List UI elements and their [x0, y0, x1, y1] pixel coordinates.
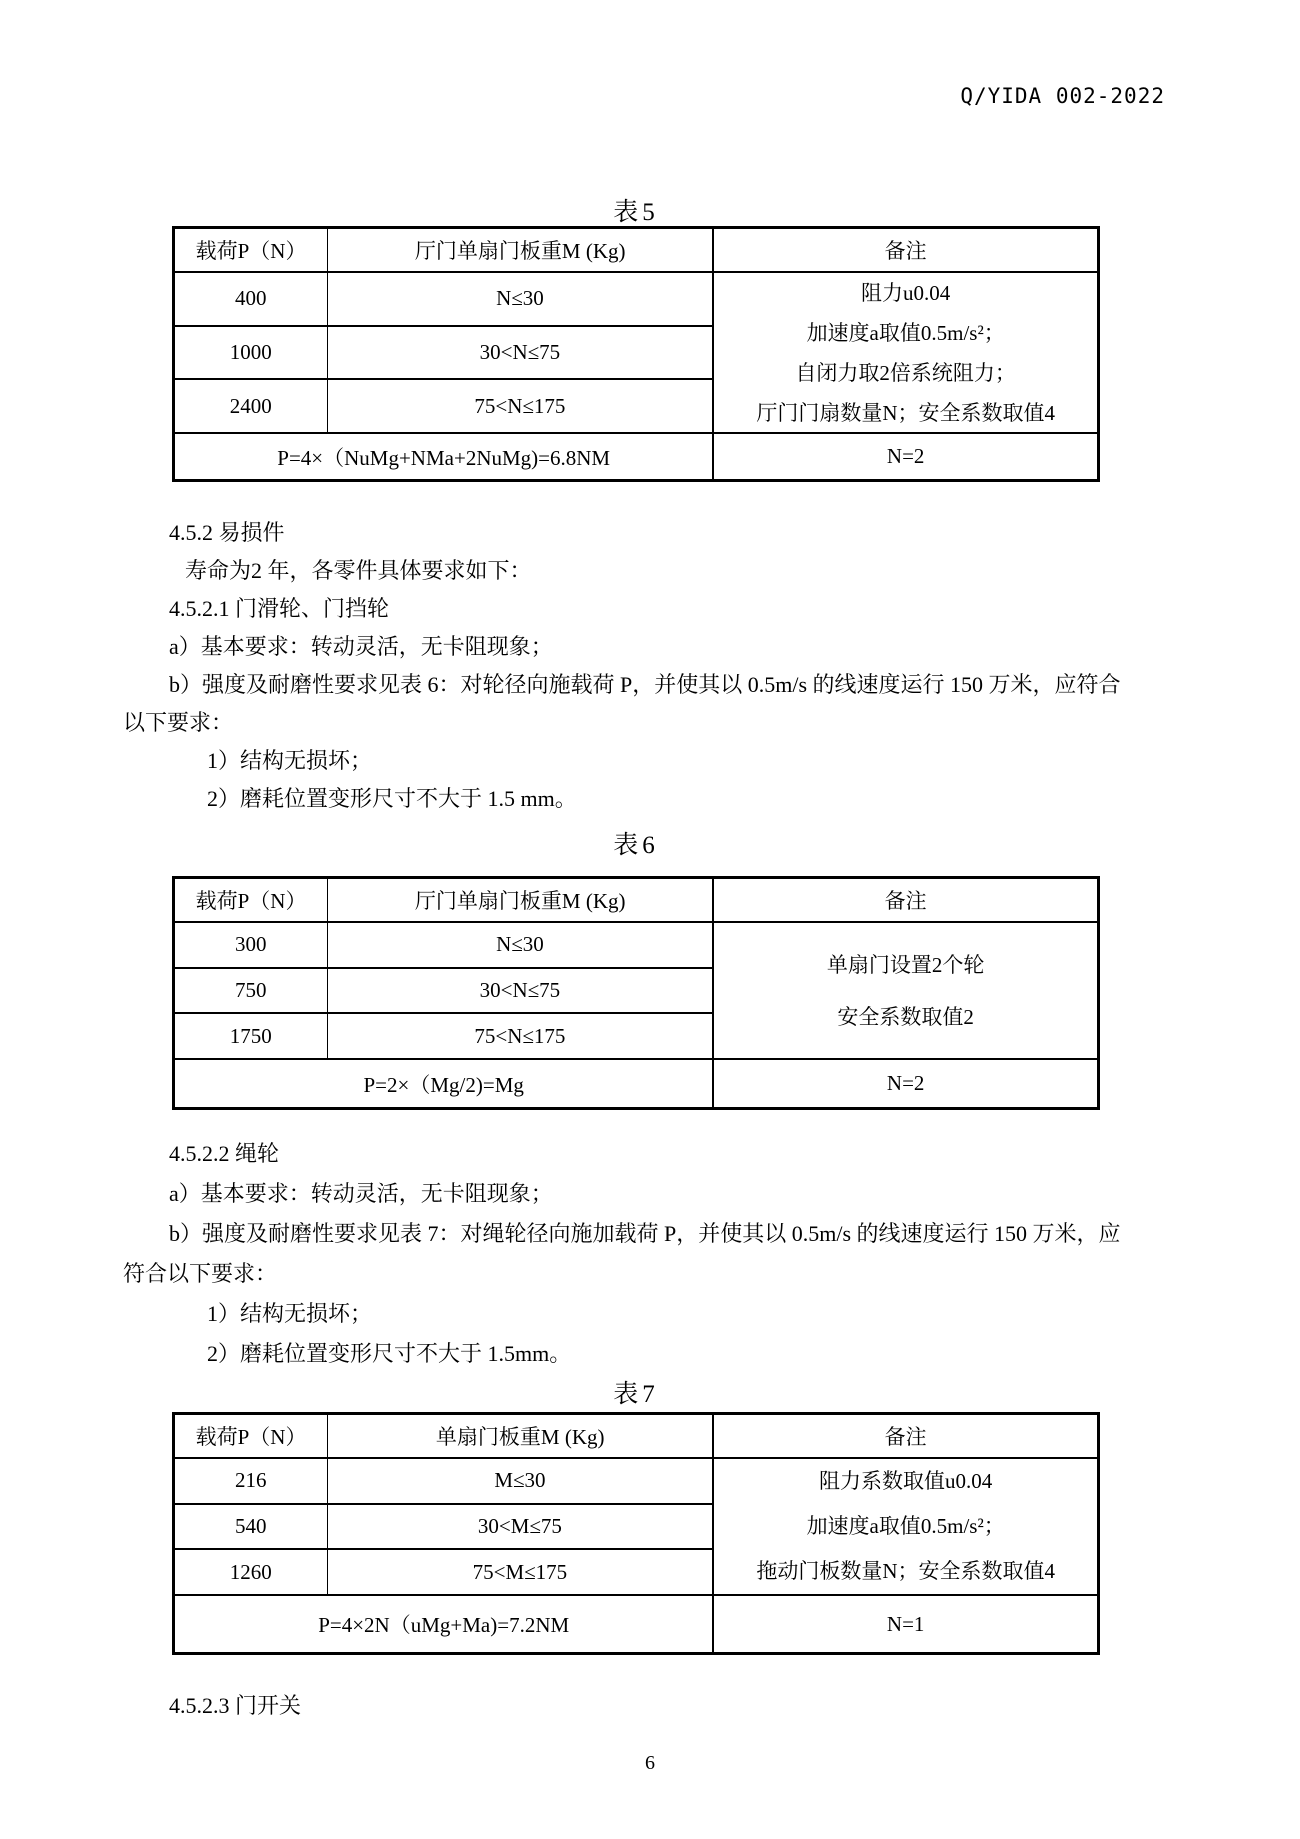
remark-line: 厅门门扇数量N；安全系数取值4: [756, 393, 1055, 433]
table7-load-1: 540: [175, 1505, 328, 1549]
table-row: 1750 75<N≤175: [175, 1012, 712, 1058]
table5-load-0: 400: [175, 273, 328, 325]
section-line-r1: 1）结构无损坏；: [123, 1294, 1200, 1334]
table6-weight-2: 75<N≤175: [328, 1014, 713, 1058]
remark-line: 拖动门板数量N；安全系数取值4: [756, 1549, 1055, 1594]
remark-line: 安全系数取值2: [837, 991, 974, 1043]
table5-remark-cell: 阻力u0.04 加速度a取值0.5m/s²； 自闭力取2倍系统阻力； 厅门门扇数…: [714, 273, 1097, 432]
table7-formula: P=4×2N（uMg+Ma)=7.2NM: [175, 1596, 714, 1652]
section-heading-4522: 4.5.2.2 绳轮: [123, 1134, 1200, 1174]
section-line-a: a）基本要求：转动灵活，无卡阻现象；: [123, 628, 1200, 666]
remark-line: 阻力系数取值u0.04: [819, 1459, 992, 1504]
table7-formula-remark: N=1: [714, 1596, 1097, 1652]
table7: 载荷P（N） 单扇门板重M (Kg) 备注 216 M≤30 540 30<M≤…: [172, 1412, 1100, 1655]
table7-col-remark: 备注: [714, 1415, 1097, 1457]
table7-formula-row: P=4×2N（uMg+Ma)=7.2NM N=1: [175, 1594, 1097, 1652]
table6: 载荷P（N） 厅门单扇门板重M (Kg) 备注 300 N≤30 750 30<…: [172, 876, 1100, 1110]
table5-formula-row: P=4×（NuMg+NMa+2NuMg)=6.8NM N=2: [175, 432, 1097, 479]
table7-body: 216 M≤30 540 30<M≤75 1260 75<M≤175 阻力系数取…: [175, 1459, 1097, 1594]
table5-body-left: 400 N≤30 1000 30<N≤75 2400 75<N≤175: [175, 273, 714, 432]
table-row: 540 30<M≤75: [175, 1503, 712, 1549]
table5-col-remark: 备注: [714, 229, 1097, 271]
table7-col-weight: 单扇门板重M (Kg): [328, 1415, 714, 1457]
table5-weight-2: 75<N≤175: [328, 380, 713, 432]
table5-body: 400 N≤30 1000 30<N≤75 2400 75<N≤175 阻力u0…: [175, 273, 1097, 432]
table-row: 400 N≤30: [175, 273, 712, 325]
remark-line: 加速度a取值0.5m/s²；: [807, 313, 1005, 353]
remark-line: 单扇门设置2个轮: [827, 939, 985, 991]
section-line-b1: b）强度及耐磨性要求见表 6：对轮径向施载荷 P，并使其以 0.5m/s 的线速…: [123, 666, 1200, 704]
table5-formula-remark: N=2: [714, 434, 1097, 479]
table-row: 750 30<N≤75: [175, 967, 712, 1013]
section-heading-4523-text: 4.5.2.3 门开关: [123, 1685, 1200, 1727]
section-line-b2: 以下要求：: [123, 704, 1200, 742]
table6-formula-row: P=2×（Mg/2)=Mg N=2: [175, 1058, 1097, 1107]
table7-load-2: 1260: [175, 1550, 328, 1594]
table5-col-weight: 厅门单扇门板重M (Kg): [328, 229, 714, 271]
table7-weight-1: 30<M≤75: [328, 1505, 713, 1549]
table6-header-row: 载荷P（N） 厅门单扇门板重M (Kg) 备注: [175, 879, 1097, 923]
table5-weight-1: 30<N≤75: [328, 327, 713, 379]
doc-header-code: Q/YIDA 002-2022: [960, 84, 1165, 108]
table7-header-row: 载荷P（N） 单扇门板重M (Kg) 备注: [175, 1415, 1097, 1459]
table5: 载荷P（N） 厅门单扇门板重M (Kg) 备注 400 N≤30 1000 30…: [172, 226, 1100, 482]
table6-formula-remark: N=2: [714, 1060, 1097, 1107]
table6-load-2: 1750: [175, 1014, 328, 1058]
section-line-b2: 符合以下要求：: [123, 1254, 1200, 1294]
page-number: 6: [0, 1752, 1300, 1775]
table-row: 2400 75<N≤175: [175, 378, 712, 432]
table5-load-2: 2400: [175, 380, 328, 432]
table7-remark-cell: 阻力系数取值u0.04 加速度a取值0.5m/s²； 拖动门板数量N；安全系数取…: [714, 1459, 1097, 1594]
table5-header-row: 载荷P（N） 厅门单扇门板重M (Kg) 备注: [175, 229, 1097, 273]
section-heading-4521: 4.5.2.1 门滑轮、门挡轮: [123, 590, 1200, 628]
table7-title: 表7: [172, 1374, 1100, 1410]
table6-body-left: 300 N≤30 750 30<N≤75 1750 75<N≤175: [175, 923, 714, 1058]
table6-col-weight: 厅门单扇门板重M (Kg): [328, 879, 714, 921]
section-heading-452: 4.5.2 易损件: [123, 514, 1200, 552]
table5-title: 表5: [172, 192, 1100, 228]
table6-formula: P=2×（Mg/2)=Mg: [175, 1060, 714, 1107]
section-heading-4523: 4.5.2.3 门开关: [123, 1685, 1200, 1727]
table6-col-remark: 备注: [714, 879, 1097, 921]
table7-weight-0: M≤30: [328, 1459, 713, 1503]
table5-col-load: 载荷P（N）: [175, 229, 328, 271]
table5-weight-0: N≤30: [328, 273, 713, 325]
remark-line: 加速度a取值0.5m/s²；: [807, 1504, 1005, 1549]
section-block-2: 4.5.2.2 绳轮 a）基本要求：转动灵活，无卡阻现象； b）强度及耐磨性要求…: [123, 1134, 1200, 1374]
table5-load-1: 1000: [175, 327, 328, 379]
table6-title: 表6: [172, 825, 1100, 861]
section-line-r2: 2）磨耗位置变形尺寸不大于 1.5 mm。: [123, 780, 1200, 818]
table6-weight-0: N≤30: [328, 923, 713, 967]
table6-load-0: 300: [175, 923, 328, 967]
table6-weight-1: 30<N≤75: [328, 969, 713, 1013]
table6-body: 300 N≤30 750 30<N≤75 1750 75<N≤175 单扇门设置…: [175, 923, 1097, 1058]
table5-formula: P=4×（NuMg+NMa+2NuMg)=6.8NM: [175, 434, 714, 479]
section-line-life: 寿命为2 年，各零件具体要求如下：: [123, 552, 1200, 590]
section-line-r1: 1）结构无损坏；: [123, 742, 1200, 780]
table7-col-load: 载荷P（N）: [175, 1415, 328, 1457]
section-line-r2: 2）磨耗位置变形尺寸不大于 1.5mm。: [123, 1334, 1200, 1374]
remark-line: 自闭力取2倍系统阻力；: [795, 353, 1016, 393]
table-row: 300 N≤30: [175, 923, 712, 967]
table6-remark-cell: 单扇门设置2个轮 安全系数取值2: [714, 923, 1097, 1058]
table-row: 1260 75<M≤175: [175, 1548, 712, 1594]
section-line-a: a）基本要求：转动灵活，无卡阻现象；: [123, 1174, 1200, 1214]
table6-col-load: 载荷P（N）: [175, 879, 328, 921]
table-row: 1000 30<N≤75: [175, 325, 712, 379]
section-line-b1: b）强度及耐磨性要求见表 7：对绳轮径向施加载荷 P，并使其以 0.5m/s 的…: [123, 1214, 1200, 1254]
section-block-1: 4.5.2 易损件 寿命为2 年，各零件具体要求如下： 4.5.2.1 门滑轮、…: [123, 514, 1200, 818]
table6-load-1: 750: [175, 969, 328, 1013]
table7-body-left: 216 M≤30 540 30<M≤75 1260 75<M≤175: [175, 1459, 714, 1594]
remark-line: 阻力u0.04: [861, 273, 950, 313]
table-row: 216 M≤30: [175, 1459, 712, 1503]
table7-weight-2: 75<M≤175: [328, 1550, 713, 1594]
table7-load-0: 216: [175, 1459, 328, 1503]
